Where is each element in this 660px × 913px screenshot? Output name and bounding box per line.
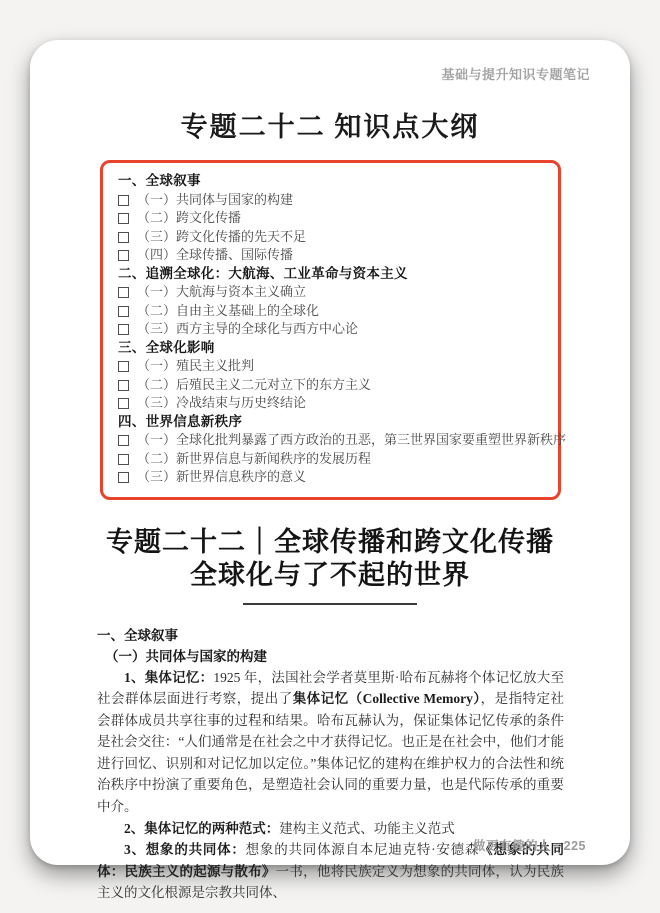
page-background: { "page": { "header_label": "基础与提升知识专题笔记…: [0, 0, 660, 913]
checkbox-icon: [118, 398, 129, 409]
outline-item-label: （三）西方主导的全球化与西方中心论: [137, 320, 358, 339]
outline-box: 一、全球叙事（一）共同体与国家的构建（二）跨文化传播（三）跨文化传播的先天不足（…: [100, 160, 561, 500]
checkbox-icon: [118, 361, 129, 372]
chapter-title: 专题二十二｜全球传播和跨文化传播 全球化与了不起的世界: [30, 526, 630, 592]
checkbox-icon: [118, 454, 129, 465]
checkbox-icon: [118, 306, 129, 317]
body-paragraph: 1、集体记忆：1925 年，法国社会学者莫里斯·哈布瓦赫将个体记忆放大至社会群体…: [97, 667, 564, 818]
outline-item: （三）跨文化传播的先天不足: [118, 228, 543, 247]
outline-item: （三）冷战结束与历史终结论: [118, 394, 543, 413]
chapter-title-line2: 全球化与了不起的世界: [30, 559, 630, 592]
outline-item: （二）后殖民主义二元对立下的东方主义: [118, 376, 543, 395]
outline-item: （二）自由主义基础上的全球化: [118, 302, 543, 321]
outline-section: 三、全球化影响（一）殖民主义批判（二）后殖民主义二元对立下的东方主义（三）冷战结…: [118, 339, 543, 413]
outline-item-label: （一）大航海与资本主义确立: [137, 283, 306, 302]
checkbox-icon: [118, 287, 129, 298]
body-subsection-heading: （一）共同体与国家的构建: [105, 646, 564, 667]
outline-section: 二、追溯全球化：大航海、工业革命与资本主义（一）大航海与资本主义确立（二）自由主…: [118, 265, 543, 339]
body-paragraphs: 1、集体记忆：1925 年，法国社会学者莫里斯·哈布瓦赫将个体记忆放大至社会群体…: [97, 667, 564, 905]
outline-item-label: （三）冷战结束与历史终结论: [137, 394, 306, 413]
outline-item-label: （三）新世界信息秩序的意义: [137, 468, 306, 487]
outline-section: 一、全球叙事（一）共同体与国家的构建（二）跨文化传播（三）跨文化传播的先天不足（…: [118, 172, 543, 265]
checkbox-icon: [118, 324, 129, 335]
outline-section-heading: 一、全球叙事: [118, 172, 543, 191]
outline-section-heading: 二、追溯全球化：大航海、工业革命与资本主义: [118, 265, 543, 284]
outline-item-label: （一）共同体与国家的构建: [137, 191, 293, 210]
outline-item-label: （一）全球化批判暴露了西方政治的丑恶，第三世界国家要重塑世界新秩序: [137, 431, 566, 450]
chapter-title-line1: 专题二十二｜全球传播和跨文化传播: [30, 526, 630, 559]
outline-item: （三）西方主导的全球化与西方中心论: [118, 320, 543, 339]
outline-item-label: （一）殖民主义批判: [137, 357, 254, 376]
outline-section-heading: 三、全球化影响: [118, 339, 543, 358]
outline-item-label: （二）后殖民主义二元对立下的东方主义: [137, 376, 371, 395]
outline-item: （一）大航海与资本主义确立: [118, 283, 543, 302]
outline-item: （一）全球化批判暴露了西方政治的丑恶，第三世界国家要重塑世界新秩序: [118, 431, 543, 450]
checkbox-icon: [118, 435, 129, 446]
outline-item-label: （二）自由主义基础上的全球化: [137, 302, 319, 321]
page-number: 做更有趣的人 · 225: [473, 836, 586, 854]
outline-section-heading: 四、世界信息新秩序: [118, 413, 543, 432]
title-divider: [243, 603, 417, 605]
page-header: 基础与提升知识专题笔记: [30, 64, 630, 83]
outline-item: （一）殖民主义批判: [118, 357, 543, 376]
checkbox-icon: [118, 380, 129, 391]
outline-item-label: （二）新世界信息与新闻秩序的发展历程: [137, 450, 371, 469]
outline-item: （三）新世界信息秩序的意义: [118, 468, 543, 487]
outline-item: （二）新世界信息与新闻秩序的发展历程: [118, 450, 543, 469]
checkbox-icon: [118, 250, 129, 261]
outline-item: （二）跨文化传播: [118, 209, 543, 228]
outline-item-label: （二）跨文化传播: [137, 209, 241, 228]
outline-page-title: 专题二十二 知识点大纲: [30, 105, 630, 144]
outline-item: （四）全球传播、国际传播: [118, 246, 543, 265]
outline-item: （一）共同体与国家的构建: [118, 191, 543, 210]
page-card: 基础与提升知识专题笔记 专题二十二 知识点大纲 一、全球叙事（一）共同体与国家的…: [30, 40, 630, 865]
outline-item-label: （三）跨文化传播的先天不足: [137, 228, 306, 247]
checkbox-icon: [118, 195, 129, 206]
checkbox-icon: [118, 213, 129, 224]
checkbox-icon: [118, 472, 129, 483]
outline-section: 四、世界信息新秩序（一）全球化批判暴露了西方政治的丑恶，第三世界国家要重塑世界新…: [118, 413, 543, 487]
outline-item-label: （四）全球传播、国际传播: [137, 246, 293, 265]
body-section-heading: 一、全球叙事: [97, 625, 564, 646]
checkbox-icon: [118, 232, 129, 243]
body-content: 一、全球叙事 （一）共同体与国家的构建 1、集体记忆：1925 年，法国社会学者…: [97, 625, 564, 905]
